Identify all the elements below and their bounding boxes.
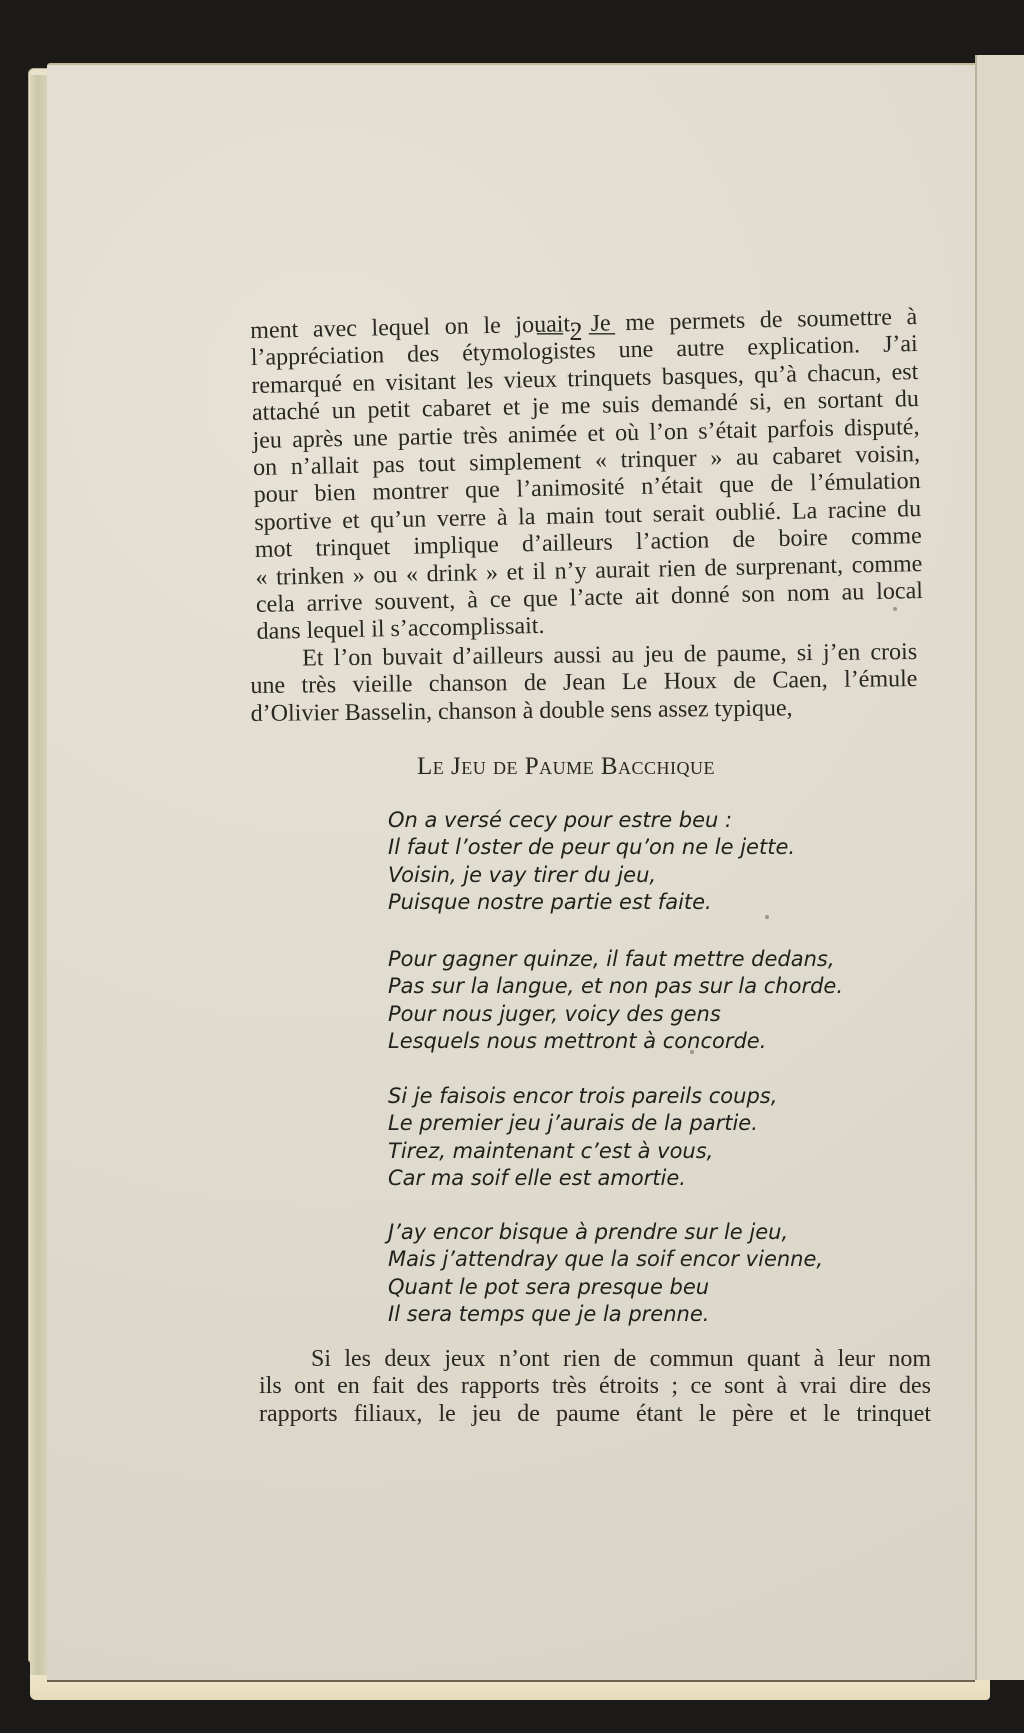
paper-speck [690,1050,694,1054]
poem-title: Le Jeu de Paume Bacchique [47,753,975,781]
verse-line: Pour nous juger, voicy des gens [388,1001,948,1028]
verse-line: Pas sur la langue, et non pas sur la cho… [388,973,948,1000]
verse-line: Lesquels nous mettront à concorde. [388,1028,948,1055]
verse-line: Voisin, je vay tirer du jeu, [388,862,948,889]
verse-line: Pour gagner quinze, il faut mettre dedan… [388,946,948,973]
paragraph-2: Et l’on buvait d’ailleurs aussi au jeu d… [250,639,918,728]
paper-speck [893,607,897,611]
paragraph-3: Si les deux jeux n’ont rien de commun qu… [259,1346,931,1428]
verse-line: Car ma soif elle est amortie. [388,1165,948,1192]
text-line: ils ont en fait des rapports très étroit… [259,1373,931,1400]
verse-line: Il faut l’oster de peur qu’on ne le jett… [388,834,948,861]
poem-stanza-3: Si je faisois encor trois pareils coups,… [388,1083,948,1192]
spine-strip [30,75,48,1675]
poem-stanza-2: Pour gagner quinze, il faut mettre dedan… [388,946,948,1055]
verse-line: Puisque nostre partie est faite. [388,889,948,916]
verse-line: Si je faisois encor trois pareils coups, [388,1083,948,1110]
poem-stanza-1: On a versé cecy pour estre beu : Il faut… [388,807,948,916]
verse-line: J’ay encor bisque à prendre sur le jeu, [388,1219,948,1246]
right-facing-page-edge [975,55,1024,1680]
verse-line: Tirez, maintenant c’est à vous, [388,1138,948,1165]
verse-line: On a versé cecy pour estre beu : [388,807,948,834]
verse-line: Mais j’attendray que la soif encor vienn… [388,1246,948,1273]
paper-speck [765,915,769,919]
poem-stanza-4: J’ay encor bisque à prendre sur le jeu, … [388,1219,948,1328]
text-line: d’Olivier Basselin, chanson à double sen… [251,694,918,728]
verse-line: Quant le pot sera presque beu [388,1274,948,1301]
verse-line: Il sera temps que je la prenne. [388,1301,948,1328]
verse-line: Le premier jeu j’aurais de la partie. [388,1110,948,1137]
paragraph-1: ment avec lequel on le jouait. Je me per… [250,304,924,647]
document-page: — 2 — ment avec lequel on le jouait. Je … [47,63,975,1682]
text-line: Si les deux jeux n’ont rien de commun qu… [259,1346,931,1373]
text-line: rapports filiaux, le jeu de paume étant … [259,1401,931,1428]
